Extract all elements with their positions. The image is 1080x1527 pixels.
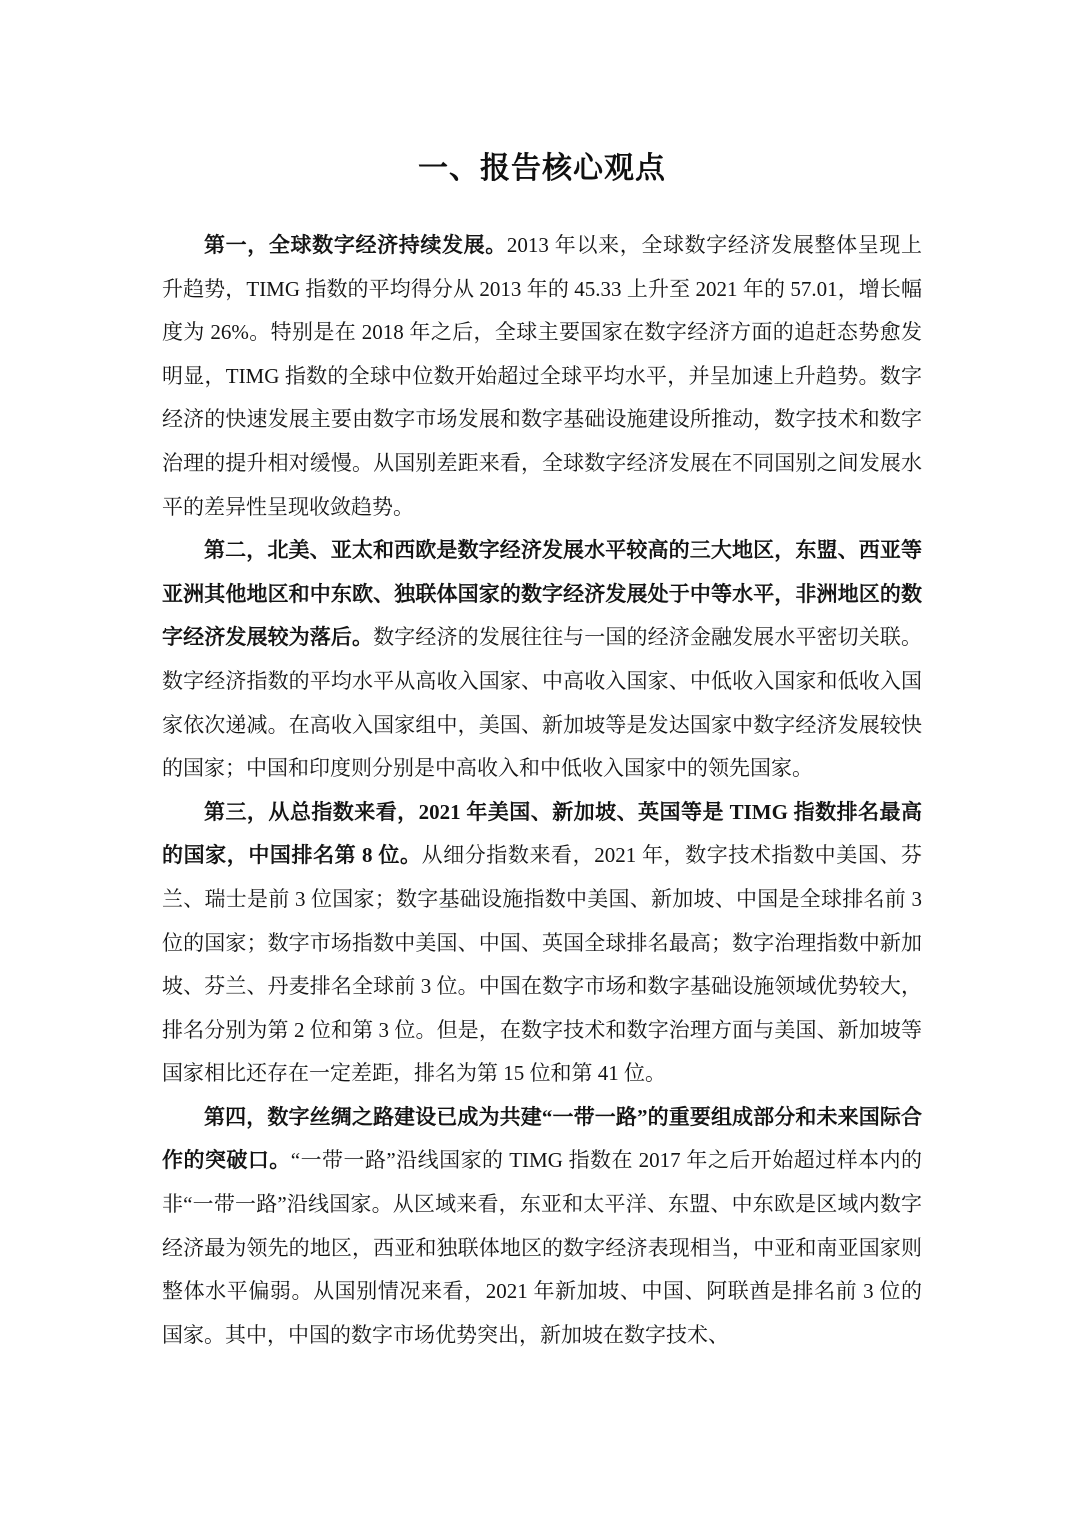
paragraph-2: 第二，北美、亚太和西欧是数字经济发展水平较高的三大地区，东盟、西亚等亚洲其他地区… [162, 529, 922, 791]
paragraph-3: 第三，从总指数来看，2021 年美国、新加坡、英国等是 TIMG 指数排名最高的… [162, 791, 922, 1096]
paragraph-1: 第一，全球数字经济持续发展。2013 年以来，全球数字经济发展整体呈现上升趋势，… [162, 224, 922, 529]
paragraph-1-body: 2013 年以来，全球数字经济发展整体呈现上升趋势，TIMG 指数的平均得分从 … [162, 233, 922, 519]
paragraph-4: 第四，数字丝绸之路建设已成为共建“一带一路”的重要组成部分和未来国际合作的突破口… [162, 1096, 922, 1358]
section-title: 一、报告核心观点 [162, 148, 922, 190]
paragraph-1-lead: 第一，全球数字经济持续发展。 [204, 233, 507, 257]
paragraph-4-body: “一带一路”沿线国家的 TIMG 指数在 2017 年之后开始超过样本内的非“一… [162, 1148, 922, 1346]
report-page: 一、报告核心观点 第一，全球数字经济持续发展。2013 年以来，全球数字经济发展… [0, 0, 1080, 1527]
paragraph-3-body: 从细分指数来看，2021 年，数字技术指数中美国、芬兰、瑞士是前 3 位国家；数… [162, 843, 922, 1085]
